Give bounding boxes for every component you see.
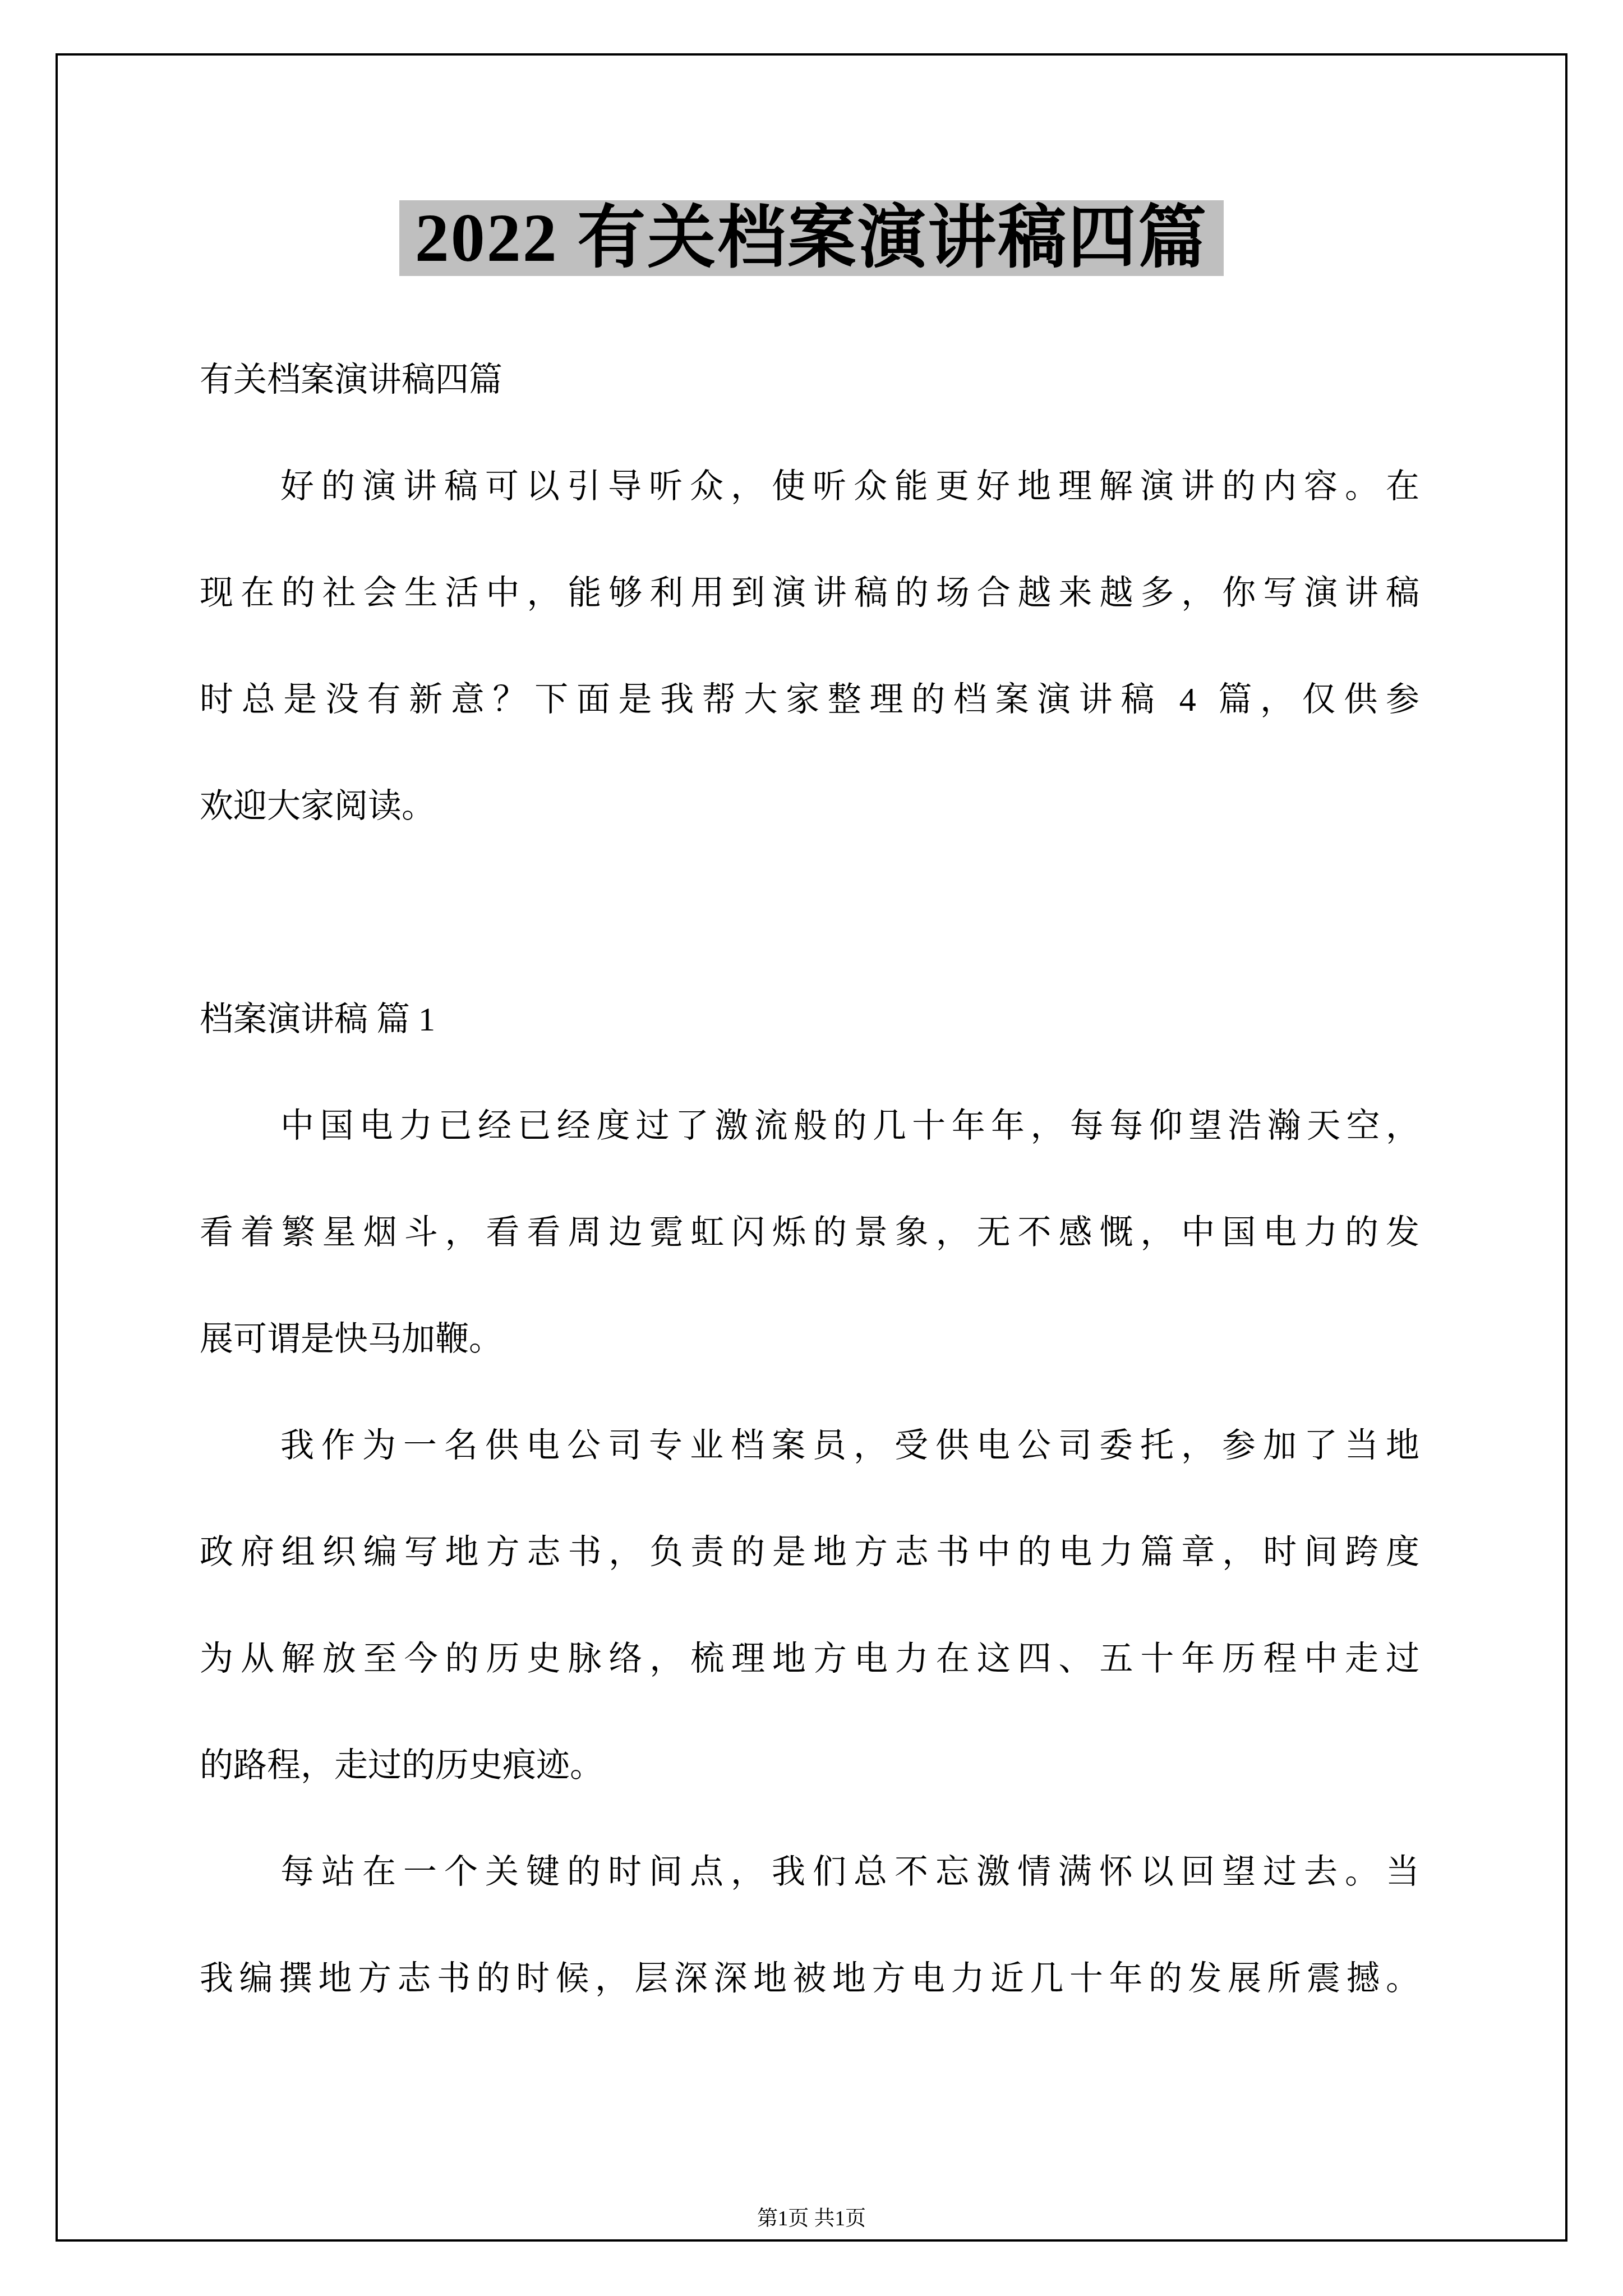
page-frame: 2022 有关档案演讲稿四篇 有关档案演讲稿四篇好的演讲稿可以引导听众，使听众能… (56, 53, 1567, 2242)
body-line: 我作为一名供电公司专业档案员，受供电公司委托，参加了当地 (200, 1392, 1425, 1499)
body-line: 档案演讲稿 篇 1 (200, 966, 1425, 1073)
body-line: 为从解放至今的历史脉络，梳理地方电力在这四、五十年历程中走过 (200, 1605, 1425, 1712)
body-line: 欢迎大家阅读。 (200, 753, 1425, 859)
body-line: 有关档案演讲稿四篇 (200, 326, 1425, 433)
body-line: 的路程，走过的历史痕迹。 (200, 1712, 1425, 1819)
title-highlight: 2022 有关档案演讲稿四篇 (399, 200, 1224, 276)
body-line: 好的演讲稿可以引导听众，使听众能更好地理解演讲的内容。在 (200, 433, 1425, 540)
page-footer: 第1页 共1页 (58, 2207, 1565, 2231)
body-line: 政府组织编写地方志书，负责的是地方志书中的电力篇章，时间跨度 (200, 1499, 1425, 1605)
body-line: 时总是没有新意？下面是我帮大家整理的档案演讲稿 4 篇，仅供参考， (200, 646, 1425, 753)
footer-text: 第1页 共1页 (757, 2207, 866, 2230)
body-line: 看着繁星烟斗，看看周边霓虹闪烁的景象，无不感慨，中国电力的发 (200, 1179, 1425, 1286)
body-line: 现在的社会生活中，能够利用到演讲稿的场合越来越多，你写演讲稿 (200, 540, 1425, 646)
document-title: 2022 有关档案演讲稿四篇 (58, 199, 1565, 278)
body-line: 展可谓是快马加鞭。 (200, 1286, 1425, 1392)
body-line: 我编撰地方志书的时候，层深深地被地方电力近几十年的发展所震撼。 (200, 1925, 1425, 2032)
body-line: 中国电力已经已经度过了激流般的几十年年，每每仰望浩瀚天空， (200, 1073, 1425, 1179)
body-blank-line (200, 859, 1425, 966)
document-body: 有关档案演讲稿四篇好的演讲稿可以引导听众，使听众能更好地理解演讲的内容。在现在的… (200, 326, 1425, 2032)
body-line: 每站在一个关键的时间点，我们总不忘激情满怀以回望过去。当 (200, 1819, 1425, 1925)
